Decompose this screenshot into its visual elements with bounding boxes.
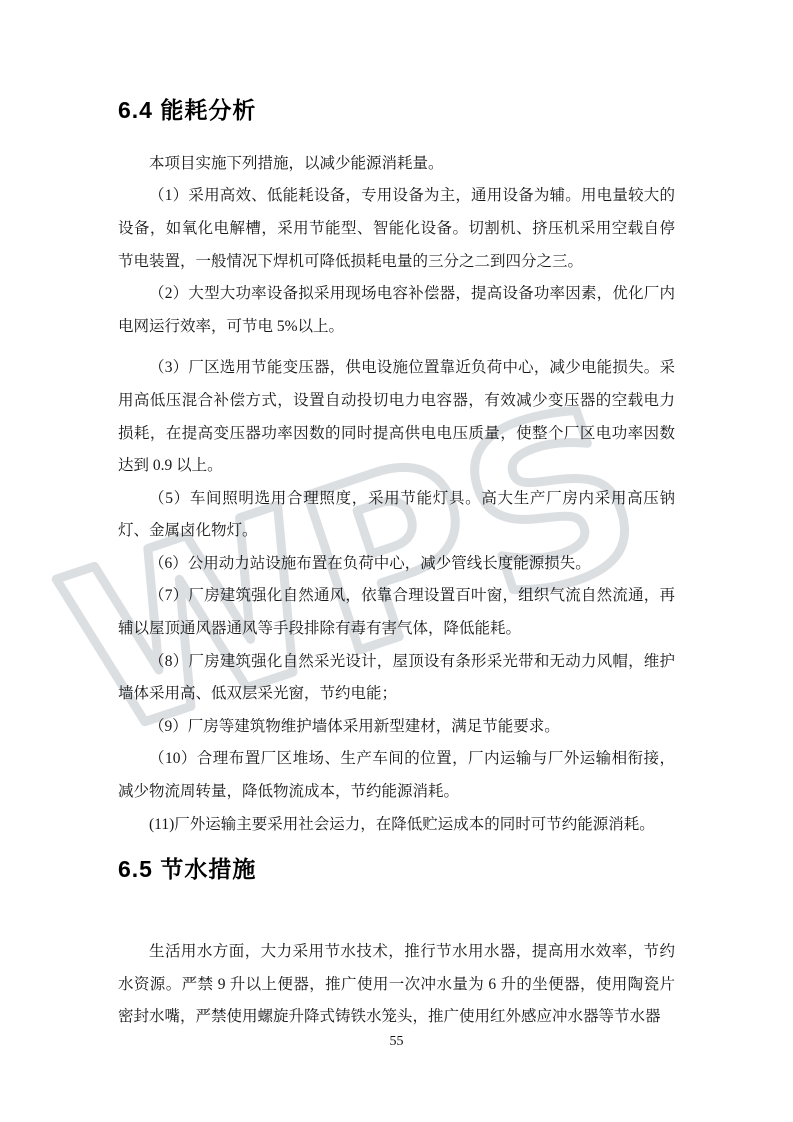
section-heading-energy-analysis: 6.4 能耗分析 [118, 96, 675, 125]
paragraph: （6）公用动力站设施布置在负荷中心，减少管线长度能源损失。 [118, 548, 675, 581]
paragraph: 本项目实施下列措施，以减少能源消耗量。 [118, 148, 675, 181]
section-body-energy-analysis: 本项目实施下列措施，以减少能源消耗量。（1）采用高效、低能耗设备，专用设备为主，… [118, 148, 675, 841]
paragraph: （2）大型大功率设备拟采用现场电容补偿器，提高设备功率因素，优化厂内电网运行效率… [118, 278, 675, 343]
paragraph: （7）厂房建筑强化自然通风，依靠合理设置百叶窗，组织气流自然流通，再辅以屋顶通风… [118, 580, 675, 645]
paragraph: (11)厂外运输主要采用社会运力，在降低贮运成本的同时可节约能源消耗。 [118, 809, 675, 842]
document-content: 6.4 能耗分析 本项目实施下列措施，以减少能源消耗量。（1）采用高效、低能耗设… [118, 96, 675, 1034]
paragraph: （5）车间照明选用合理照度，采用节能灯具。高大生产厂房内采用高压钠灯、金属卤化物… [118, 483, 675, 548]
paragraph: （9）厂房等建筑物维护墙体采用新型建材，满足节能要求。 [118, 711, 675, 744]
paragraph: （8）厂房建筑强化自然采光设计，屋顶设有条形采光带和无动力风帽，维护墙体采用高、… [118, 646, 675, 711]
section-heading-water-saving: 6.5 节水措施 [118, 855, 675, 884]
section-body-water-saving: 生活用水方面，大力采用节水技术，推行节水用水器，提高用水效率，节约水资源。严禁 … [118, 936, 675, 1034]
paragraph: （10）合理布置厂区堆场、生产车间的位置，厂内运输与厂外运输相衔接，减少物流周转… [118, 743, 675, 808]
page-number: 55 [0, 1034, 793, 1050]
section-water-saving: 6.5 节水措施 生活用水方面，大力采用节水技术，推行节水用水器，提高用水效率，… [118, 855, 675, 1034]
paragraph: （1）采用高效、低能耗设备，专用设备为主，通用设备为辅。用电量较大的设备，如氧化… [118, 180, 675, 278]
paragraph: （3）厂区选用节能变压器，供电设施位置靠近负荷中心，减少电能损失。采用高低压混合… [118, 352, 675, 482]
document-page: WPS 6.4 能耗分析 本项目实施下列措施，以减少能源消耗量。（1）采用高效、… [0, 0, 793, 1122]
paragraph: 生活用水方面，大力采用节水技术，推行节水用水器，提高用水效率，节约水资源。严禁 … [118, 936, 675, 1034]
section-energy-analysis: 6.4 能耗分析 本项目实施下列措施，以减少能源消耗量。（1）采用高效、低能耗设… [118, 96, 675, 841]
